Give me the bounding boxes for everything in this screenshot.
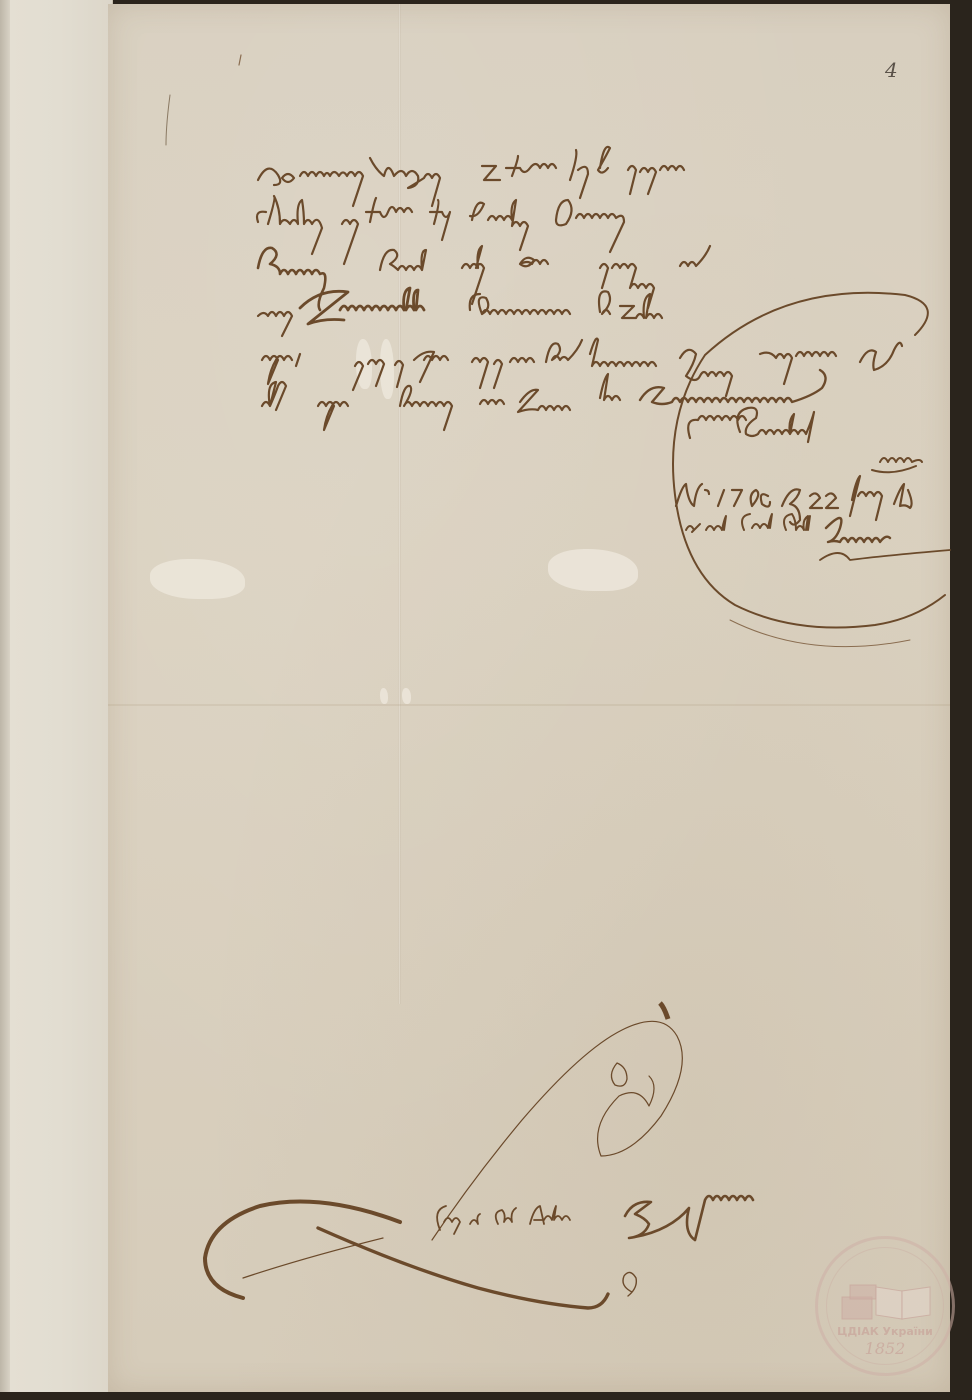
- body-text-line: rych Xiąg oy Ten wypis pod pieczęcią Gro…: [258, 345, 953, 373]
- body-text-line: xięg Zapisana była Co otrzymał. Z kto: [258, 300, 868, 330]
- annotation-line: m.p.: [880, 440, 923, 456]
- stamp-year: 1852: [818, 1339, 952, 1358]
- backing-sheet-edge: [0, 0, 10, 1392]
- paper-damage-patch: [150, 559, 245, 599]
- signature-text: Ego cum Actis Korzeniowski: [435, 1215, 772, 1236]
- stamp-title: ЦДІАК України: [818, 1325, 952, 1338]
- page-number: 4: [885, 58, 898, 82]
- annotation-line: ex Act Castr Capitt Lublin: [685, 520, 948, 536]
- paper-damage-patch: [548, 549, 638, 591]
- body-text-line: Domierniony Wozny z tamtyd przyie: [258, 160, 832, 190]
- body-text-line: chawszy oy tabowe tey Possessyi dawszy: [258, 200, 911, 230]
- scan-edge-right: [950, 0, 972, 1400]
- paper-damage-patch: [380, 688, 388, 704]
- body-text-line: Relacyę Prosil aby ona przyięta y do: [258, 250, 843, 280]
- scan-background: 4 Domierniony Wozny z tamtyd przyie chaw…: [0, 0, 972, 1400]
- fold-crease-horizontal: [108, 704, 950, 706]
- paper-damage-patch: [402, 688, 411, 704]
- annotation-line: N° 1765 d. 22 Juny Call: [680, 483, 965, 504]
- books-icon: [840, 1277, 936, 1323]
- backing-sheet: [0, 0, 113, 1392]
- archive-stamp: ЦДІАК України 1852: [815, 1236, 955, 1376]
- annotation-line: Correxit Szczepłowski: [685, 400, 972, 425]
- fold-crease-vertical: [398, 4, 401, 1004]
